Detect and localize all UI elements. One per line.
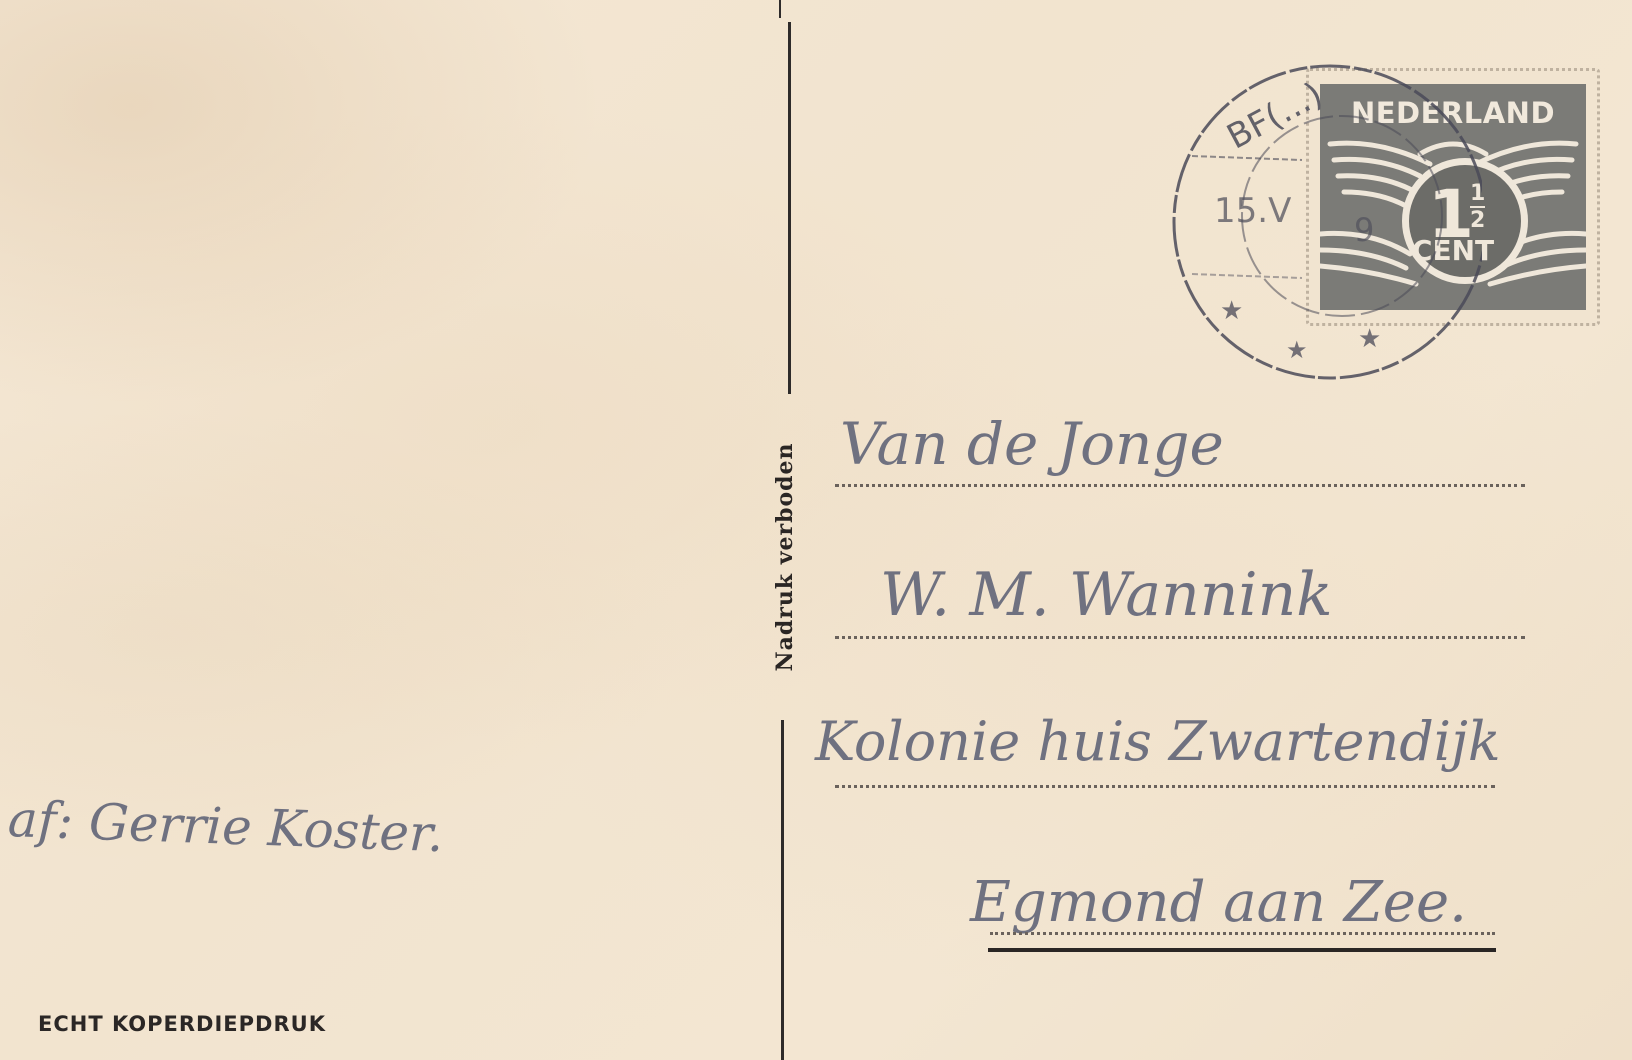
address-dotted-line-1: [835, 484, 1525, 487]
address-dotted-line-4: [990, 932, 1495, 935]
address-line-4: Egmond aan Zee.: [970, 870, 1467, 935]
address-dotted-line-3: [835, 785, 1495, 788]
address-line-3: Kolonie huis Zwartendijk: [815, 710, 1501, 773]
address-line-1: Van de Jonge: [840, 410, 1224, 478]
paper-crease: [0, 0, 160, 13]
stamp-fraction: 1 2: [1470, 182, 1485, 232]
divider-line-top: [788, 22, 791, 394]
stamp-currency: CENT: [1320, 234, 1586, 267]
stamp-fraction-numerator: 1: [1470, 182, 1485, 205]
stamp-fraction-denominator: 2: [1470, 209, 1485, 232]
postmark-star-icon: ★: [1220, 296, 1243, 326]
postmark-star-icon: ★: [1286, 336, 1308, 364]
postage-stamp: NEDERLAND: [1306, 68, 1600, 326]
address-underline: [988, 948, 1496, 952]
printer-mark: ECHT KOPERDIEPDRUK: [38, 1012, 326, 1036]
postcard-back: Nadruk verboden ECHT KOPERDIEPDRUK af: G…: [0, 0, 1632, 1060]
sender-note: af: Gerrie Koster.: [7, 790, 444, 863]
address-line-2: W. M. Wannink: [880, 560, 1333, 630]
stamp-face: NEDERLAND: [1320, 84, 1586, 310]
divider-top-stub: [779, 0, 781, 18]
divider-vertical-text: Nadruk verboden: [772, 442, 798, 671]
address-dotted-line-2: [835, 636, 1525, 639]
postmark-date: 15.V: [1214, 191, 1291, 231]
divider-line-bottom: [781, 720, 784, 1060]
postmark-star-icon: ★: [1358, 324, 1381, 354]
